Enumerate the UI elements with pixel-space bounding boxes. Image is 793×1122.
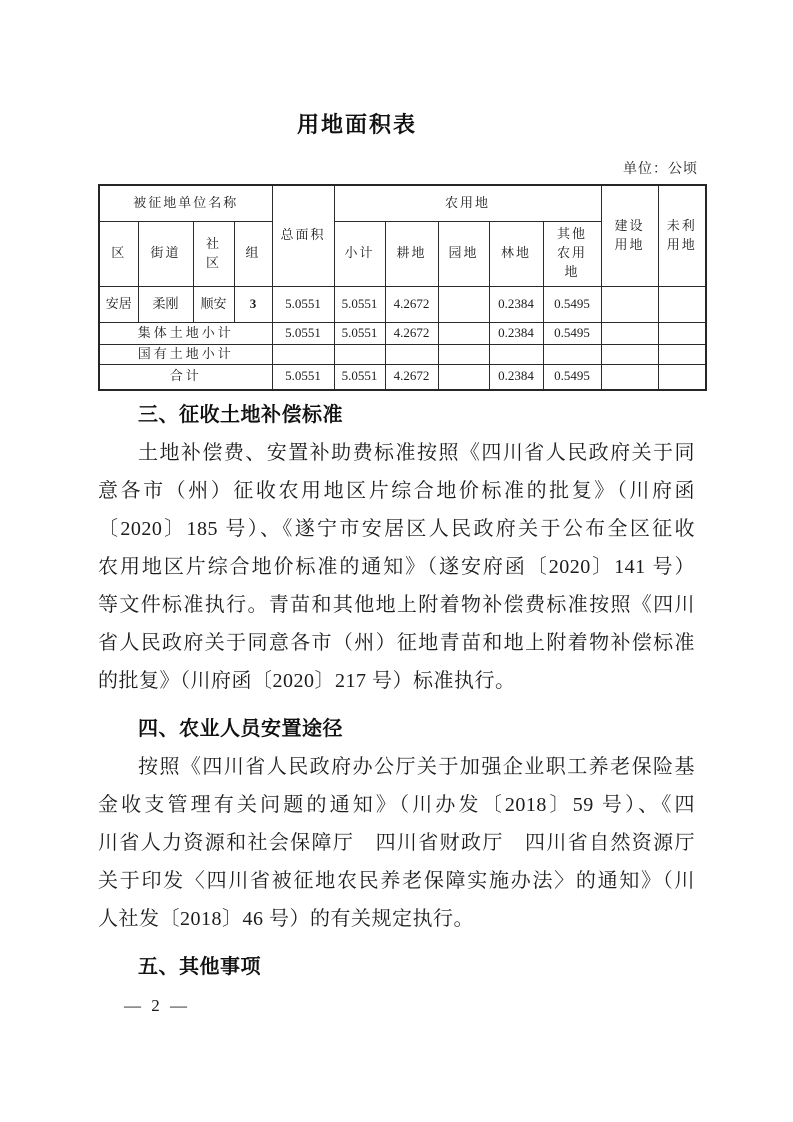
cell-state-forest xyxy=(489,344,543,364)
cell-grand-cultivated: 4.2672 xyxy=(385,364,438,390)
cell-grand-total-area: 5.0551 xyxy=(272,364,334,390)
cell-street: 柔刚 xyxy=(138,286,193,322)
cell-grand-forest: 0.2384 xyxy=(489,364,543,390)
header-unit-name-group: 被征地单位名称 xyxy=(99,185,272,221)
cell-state-unused xyxy=(658,344,706,364)
header-cultivated-land: 耕地 xyxy=(385,221,438,286)
section-3-line-2: 意各市（州）征收农用地区片综合地价标准的批复》（川府函 xyxy=(98,472,695,510)
section-3-line-7: 的批复》（川府函〔2020〕217 号）标准执行。 xyxy=(98,662,695,700)
cell-collective-construction xyxy=(601,322,658,344)
page-title: 用地面积表 xyxy=(0,108,714,139)
cell-garden xyxy=(438,286,489,322)
cell-collective-unused xyxy=(658,322,706,344)
section-3-heading: 三、征收土地补偿标准 xyxy=(98,396,695,434)
table-state-owned-subtotal-row: 国有土地小计 xyxy=(99,344,706,364)
header-agricultural-land-group: 农用地 xyxy=(334,185,601,221)
cell-grand-garden xyxy=(438,364,489,390)
cell-state-cultivated xyxy=(385,344,438,364)
cell-grand-construction xyxy=(601,364,658,390)
section-3-line-6: 省人民政府关于同意各市（州）征地青苗和地上附着物补偿标准 xyxy=(98,624,695,662)
header-district: 区 xyxy=(99,221,138,286)
section-4-line-3: 川省人力资源和社会保障厅 四川省财政厅 四川省自然资源厅 xyxy=(98,824,695,862)
section-4-line-1: 按照《四川省人民政府办公厅关于加强企业职工养老保险基 xyxy=(98,748,695,786)
header-subtotal: 小计 xyxy=(334,221,385,286)
cell-state-garden xyxy=(438,344,489,364)
section-4-line-2: 金收支管理有关问题的通知》（川办发〔2018〕59 号）、《四 xyxy=(98,786,695,824)
section-3-line-1: 土地补偿费、安置补助费标准按照《四川省人民政府关于同 xyxy=(98,434,695,472)
cell-forest: 0.2384 xyxy=(489,286,543,322)
cell-collective-other: 0.5495 xyxy=(543,322,601,344)
table-data-row: 安居 柔刚 顺安 3 5.0551 5.0551 4.2672 0.2384 0… xyxy=(99,286,706,322)
page-number: — 2 — xyxy=(124,996,190,1016)
cell-state-subtotal xyxy=(334,344,385,364)
table-header-row-1: 被征地单位名称 总面积 农用地 建设 用地 未利 用地 xyxy=(99,185,706,221)
cell-group: 3 xyxy=(234,286,272,322)
cell-collective-total-area: 5.0551 xyxy=(272,322,334,344)
header-total-area: 总面积 xyxy=(272,185,334,286)
section-3-line-5: 等文件标准执行。青苗和其他地上附着物补偿费标准按照《四川 xyxy=(98,586,695,624)
cell-unused xyxy=(658,286,706,322)
cell-grand-unused xyxy=(658,364,706,390)
header-garden-land: 园地 xyxy=(438,221,489,286)
document-body: 三、征收土地补偿标准 土地补偿费、安置补助费标准按照《四川省人民政府关于同 意各… xyxy=(98,396,695,986)
land-area-table: 被征地单位名称 总面积 农用地 建设 用地 未利 用地 区 街道 社 区 组 小… xyxy=(98,184,707,391)
cell-district: 安居 xyxy=(99,286,138,322)
header-street: 街道 xyxy=(138,221,193,286)
cell-state-total-area xyxy=(272,344,334,364)
cell-state-construction xyxy=(601,344,658,364)
cell-collective-label: 集体土地小计 xyxy=(99,322,272,344)
cell-grand-other: 0.5495 xyxy=(543,364,601,390)
cell-collective-subtotal: 5.0551 xyxy=(334,322,385,344)
cell-subtotal: 5.0551 xyxy=(334,286,385,322)
header-construction-land: 建设 用地 xyxy=(601,185,658,286)
section-4-line-4: 关于印发〈四川省被征地农民养老保障实施办法〉的通知》（川 xyxy=(98,862,695,900)
cell-total-label: 合计 xyxy=(99,364,272,390)
cell-state-owned-label: 国有土地小计 xyxy=(99,344,272,364)
cell-other: 0.5495 xyxy=(543,286,601,322)
section-5-heading: 五、其他事项 xyxy=(98,948,695,986)
cell-grand-subtotal: 5.0551 xyxy=(334,364,385,390)
cell-collective-cultivated: 4.2672 xyxy=(385,322,438,344)
header-forest-land: 林地 xyxy=(489,221,543,286)
cell-cultivated: 4.2672 xyxy=(385,286,438,322)
header-other-agricultural-land: 其他 农用 地 xyxy=(543,221,601,286)
cell-total-area: 5.0551 xyxy=(272,286,334,322)
document-page: 用地面积表 单位：公顷 被征地单位名称 总面积 农用地 建设 用地 未利 用地 … xyxy=(0,0,793,1122)
unit-label: 单位：公顷 xyxy=(98,158,698,178)
section-3-line-4: 农用地区片综合地价标准的通知》（遂安府函〔2020〕141 号） xyxy=(98,548,695,586)
header-community: 社 区 xyxy=(193,221,234,286)
section-4-heading: 四、农业人员安置途径 xyxy=(98,710,695,748)
section-4-line-5: 人社发〔2018〕46 号）的有关规定执行。 xyxy=(98,900,695,938)
cell-community: 顺安 xyxy=(193,286,234,322)
table-collective-subtotal-row: 集体土地小计 5.0551 5.0551 4.2672 0.2384 0.549… xyxy=(99,322,706,344)
cell-construction xyxy=(601,286,658,322)
cell-state-other xyxy=(543,344,601,364)
table-total-row: 合计 5.0551 5.0551 4.2672 0.2384 0.5495 xyxy=(99,364,706,390)
header-unused-land: 未利 用地 xyxy=(658,185,706,286)
cell-collective-garden xyxy=(438,322,489,344)
cell-collective-forest: 0.2384 xyxy=(489,322,543,344)
header-group: 组 xyxy=(234,221,272,286)
section-3-line-3: 〔2020〕185 号）、《遂宁市安居区人民政府关于公布全区征收 xyxy=(98,510,695,548)
